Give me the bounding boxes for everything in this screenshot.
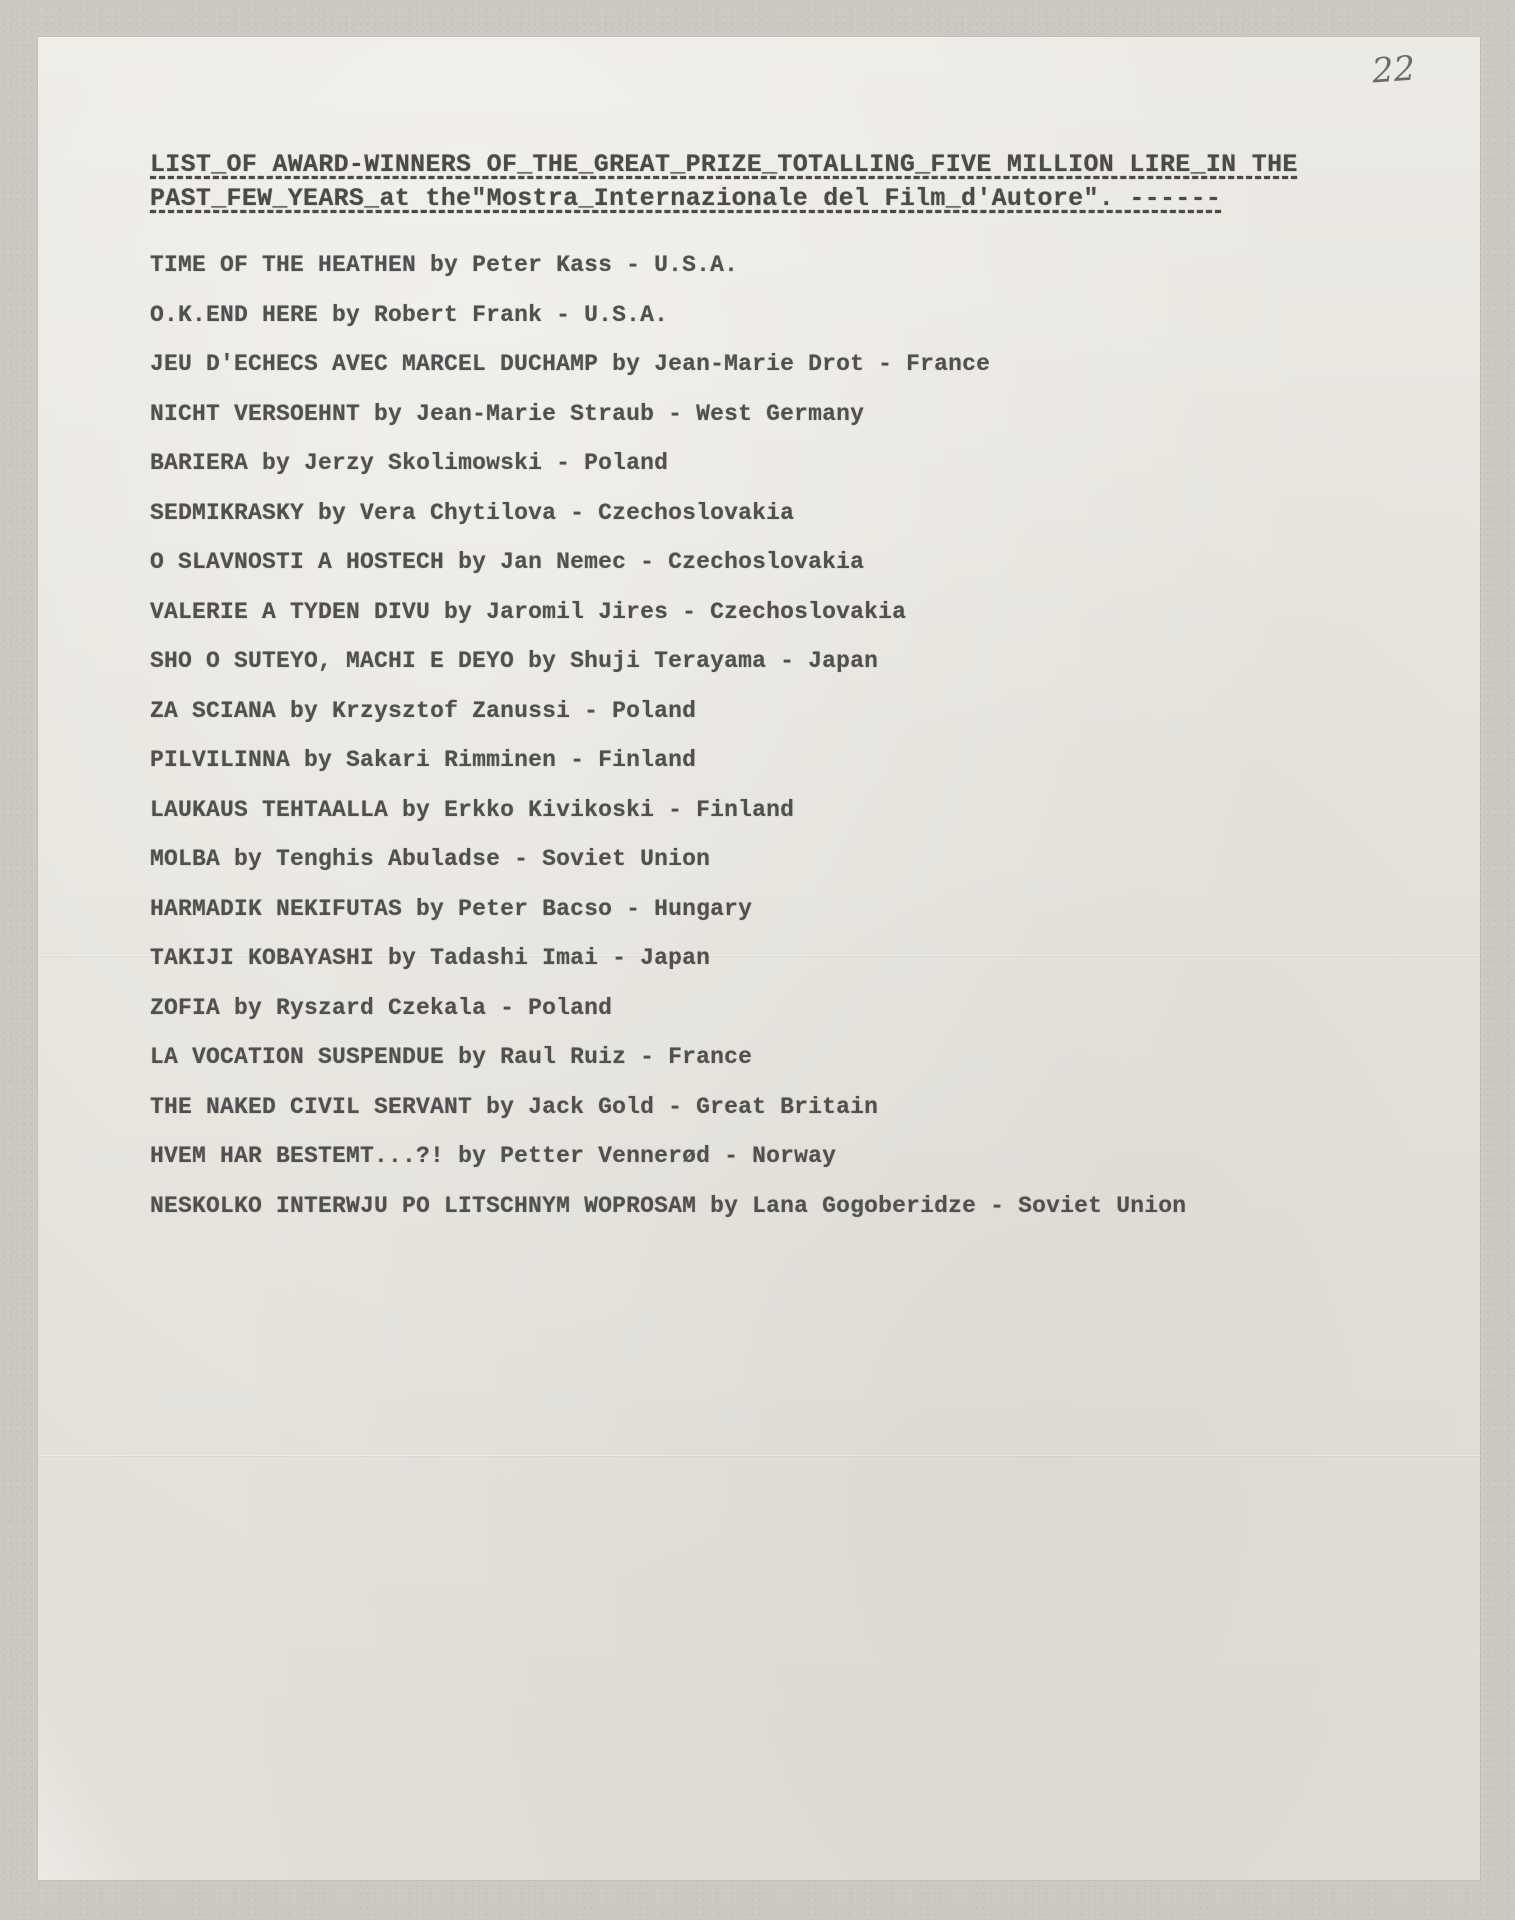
list-item: HVEM HAR BESTEMT...?! by Petter Vennerød…	[150, 1139, 1440, 1189]
separator-dash: -	[612, 896, 654, 922]
separator-dash: -	[766, 648, 808, 674]
director-name: Petter Vennerød	[500, 1143, 710, 1169]
country: Japan	[640, 945, 710, 971]
list-item: TAKIJI KOBAYASHI by Tadashi Imai - Japan	[150, 941, 1440, 991]
list-item: THE NAKED CIVIL SERVANT by Jack Gold - G…	[150, 1090, 1440, 1140]
director-name: Ryszard Czekala	[276, 995, 486, 1021]
separator-dash: -	[486, 995, 528, 1021]
film-title: O SLAVNOSTI A HOSTECH	[150, 549, 444, 575]
film-title: SEDMIKRASKY	[150, 500, 304, 526]
country: Finland	[696, 797, 794, 823]
country: Norway	[752, 1143, 836, 1169]
film-title: LAUKAUS TEHTAALLA	[150, 797, 388, 823]
country: Poland	[528, 995, 612, 1021]
film-title: O.K.END HERE	[150, 302, 318, 328]
list-item: JEU D'ECHECS AVEC MARCEL DUCHAMP by Jean…	[150, 347, 1440, 397]
country: Hungary	[654, 896, 752, 922]
country: U.S.A.	[584, 302, 668, 328]
separator-dash: -	[542, 450, 584, 476]
by-label: by	[318, 302, 374, 328]
country: Finland	[598, 747, 696, 773]
country: France	[668, 1044, 752, 1070]
director-name: Vera Chytilova	[360, 500, 556, 526]
director-name: Krzysztof Zanussi	[332, 698, 570, 724]
list-item: BARIERA by Jerzy Skolimowski - Poland	[150, 446, 1440, 496]
list-item: NICHT VERSOEHNT by Jean-Marie Straub - W…	[150, 397, 1440, 447]
film-title: NESKOLKO INTERWJU PO LITSCHNYM WOPROSAM	[150, 1193, 696, 1219]
country: Soviet Union	[1018, 1193, 1186, 1219]
director-name: Shuji Terayama	[570, 648, 766, 674]
country: Czechoslovakia	[668, 549, 864, 575]
list-item: ZOFIA by Ryszard Czekala - Poland	[150, 991, 1440, 1041]
list-item: ZA SCIANA by Krzysztof Zanussi - Poland	[150, 694, 1440, 744]
film-title: TIME OF THE HEATHEN	[150, 252, 416, 278]
list-item: O.K.END HERE by Robert Frank - U.S.A.	[150, 298, 1440, 348]
separator-dash: -	[612, 252, 654, 278]
director-name: Sakari Rimminen	[346, 747, 556, 773]
paper-fold-line	[38, 1455, 1480, 1457]
title-line-1: LIST_OF AWARD-WINNERS OF_THE_GREAT_PRIZE…	[150, 148, 1420, 182]
country: France	[906, 351, 990, 377]
director-name: Robert Frank	[374, 302, 542, 328]
by-label: by	[696, 1193, 752, 1219]
country: Soviet Union	[542, 846, 710, 872]
film-title: ZOFIA	[150, 995, 220, 1021]
by-label: by	[248, 450, 304, 476]
list-item: SEDMIKRASKY by Vera Chytilova - Czechosl…	[150, 496, 1440, 546]
director-name: Jean-Marie Straub	[416, 401, 654, 427]
by-label: by	[416, 252, 472, 278]
director-name: Jean-Marie Drot	[654, 351, 864, 377]
separator-dash: -	[598, 945, 640, 971]
director-name: Jack Gold	[528, 1094, 654, 1120]
list-item: SHO O SUTEYO, MACHI E DEYO by Shuji Tera…	[150, 644, 1440, 694]
list-item: LAUKAUS TEHTAALLA by Erkko Kivikoski - F…	[150, 793, 1440, 843]
by-label: by	[514, 648, 570, 674]
paper-crease	[38, 1710, 168, 1880]
by-label: by	[220, 846, 276, 872]
by-label: by	[360, 401, 416, 427]
director-name: Jan Nemec	[500, 549, 626, 575]
film-title: ZA SCIANA	[150, 698, 276, 724]
by-label: by	[444, 549, 500, 575]
country: Czechoslovakia	[710, 599, 906, 625]
film-title: PILVILINNA	[150, 747, 290, 773]
separator-dash: -	[654, 1094, 696, 1120]
separator-dash: -	[500, 846, 542, 872]
by-label: by	[598, 351, 654, 377]
separator-dash: -	[654, 797, 696, 823]
film-title: THE NAKED CIVIL SERVANT	[150, 1094, 472, 1120]
separator-dash: -	[864, 351, 906, 377]
director-name: Erkko Kivikoski	[444, 797, 654, 823]
by-label: by	[430, 599, 486, 625]
director-name: Lana Gogoberidze	[752, 1193, 976, 1219]
director-name: Jaromil Jires	[486, 599, 668, 625]
film-title: LA VOCATION SUSPENDUE	[150, 1044, 444, 1070]
by-label: by	[276, 698, 332, 724]
director-name: Tenghis Abuladse	[276, 846, 500, 872]
country: West Germany	[696, 401, 864, 427]
film-title: HVEM HAR BESTEMT...?!	[150, 1143, 444, 1169]
country: Poland	[612, 698, 696, 724]
separator-dash: -	[668, 599, 710, 625]
list-item: HARMADIK NEKIFUTAS by Peter Bacso - Hung…	[150, 892, 1440, 942]
by-label: by	[290, 747, 346, 773]
film-title: TAKIJI KOBAYASHI	[150, 945, 374, 971]
separator-dash: -	[542, 302, 584, 328]
by-label: by	[220, 995, 276, 1021]
director-name: Peter Kass	[472, 252, 612, 278]
document-title: LIST_OF AWARD-WINNERS OF_THE_GREAT_PRIZE…	[150, 148, 1420, 216]
separator-dash: -	[556, 500, 598, 526]
separator-dash: -	[556, 747, 598, 773]
by-label: by	[388, 797, 444, 823]
list-item: MOLBA by Tenghis Abuladse - Soviet Union	[150, 842, 1440, 892]
handwritten-page-number: 22	[1371, 49, 1417, 92]
by-label: by	[374, 945, 430, 971]
list-item: O SLAVNOSTI A HOSTECH by Jan Nemec - Cze…	[150, 545, 1440, 595]
by-label: by	[402, 896, 458, 922]
director-name: Raul Ruiz	[500, 1044, 626, 1070]
separator-dash: -	[570, 698, 612, 724]
director-name: Tadashi Imai	[430, 945, 598, 971]
country: Poland	[584, 450, 668, 476]
film-title: HARMADIK NEKIFUTAS	[150, 896, 402, 922]
separator-dash: -	[626, 1044, 668, 1070]
country: Japan	[808, 648, 878, 674]
film-title: MOLBA	[150, 846, 220, 872]
film-title: NICHT VERSOEHNT	[150, 401, 360, 427]
country: U.S.A.	[654, 252, 738, 278]
title-line-2: PAST_FEW_YEARS_at the"Mostra_Internazion…	[150, 182, 1420, 216]
separator-dash: -	[654, 401, 696, 427]
by-label: by	[304, 500, 360, 526]
film-title: JEU D'ECHECS AVEC MARCEL DUCHAMP	[150, 351, 598, 377]
film-title: BARIERA	[150, 450, 248, 476]
by-label: by	[472, 1094, 528, 1120]
by-label: by	[444, 1044, 500, 1070]
list-item: NESKOLKO INTERWJU PO LITSCHNYM WOPROSAM …	[150, 1189, 1440, 1239]
director-name: Peter Bacso	[458, 896, 612, 922]
award-winners-list: TIME OF THE HEATHEN by Peter Kass - U.S.…	[150, 248, 1440, 1238]
separator-dash: -	[710, 1143, 752, 1169]
list-item: TIME OF THE HEATHEN by Peter Kass - U.S.…	[150, 248, 1440, 298]
list-item: LA VOCATION SUSPENDUE by Raul Ruiz - Fra…	[150, 1040, 1440, 1090]
separator-dash: -	[626, 549, 668, 575]
separator-dash: -	[976, 1193, 1018, 1219]
country: Great Britain	[696, 1094, 878, 1120]
by-label: by	[444, 1143, 500, 1169]
film-title: SHO O SUTEYO, MACHI E DEYO	[150, 648, 514, 674]
list-item: PILVILINNA by Sakari Rimminen - Finland	[150, 743, 1440, 793]
country: Czechoslovakia	[598, 500, 794, 526]
list-item: VALERIE A TYDEN DIVU by Jaromil Jires - …	[150, 595, 1440, 645]
film-title: VALERIE A TYDEN DIVU	[150, 599, 430, 625]
director-name: Jerzy Skolimowski	[304, 450, 542, 476]
